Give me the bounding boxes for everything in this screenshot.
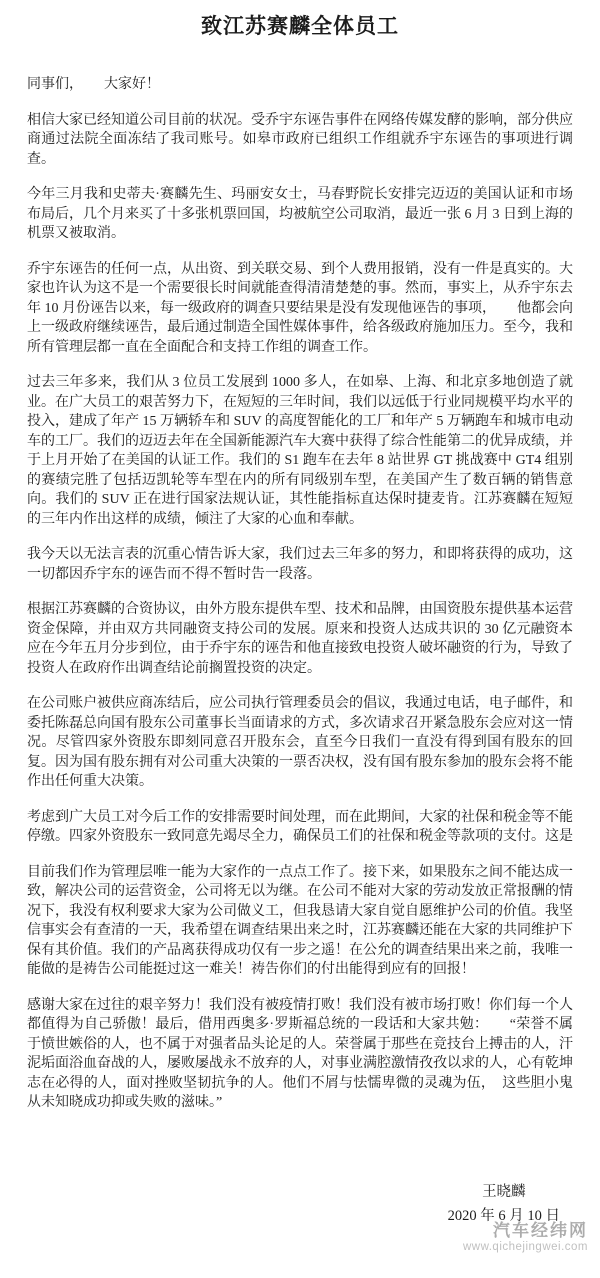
greeting-line: 同事们， 大家好！ <box>27 75 573 95</box>
page-title: 致江苏赛麟全体员工 <box>27 12 573 40</box>
paragraph-joint-venture: 根据江苏赛麟的合资协议，由外方股东提供车型、技术和品牌，由国资股东提供基本运营资… <box>27 600 573 678</box>
paragraph-achievements: 过去三年多来，我们从 3 位员工发展到 1000 多人，在如皋、上海、和北京多地… <box>27 373 573 529</box>
signature-block: 王晓麟 2020 年 6 月 10 日 <box>448 1183 560 1225</box>
watermark-logo: 汽车经纬网 <box>463 1222 588 1239</box>
paragraph-frozen-accounts: 在公司账户被供应商冻结后，应公司执行管理委员会的倡议，我通过电话，电子邮件，和委… <box>27 694 573 792</box>
paragraph-roosevelt-quote: 感谢大家在过往的艰辛努力！我们没有被疫情打败！我们没有被市场打败！你们每一个人都… <box>27 996 573 1113</box>
paragraph-social-security: 考虑到广大员工对今后工作的安排需要时间处理，而在此期间，大家的社保和税金等不能停… <box>27 808 573 847</box>
paragraph-heavy-heart: 我今天以无法言表的沉重心情告诉大家，我们过去三年多的努力，和即将获得的成功，这一… <box>27 545 573 584</box>
watermark: 汽车经纬网 www.qichejingwei.com <box>463 1222 588 1254</box>
paragraph-flights: 今年三月我和史蒂夫·赛麟先生、玛丽安女士，马春野院长安排完迈迈的美国认证和市场布… <box>27 185 573 244</box>
watermark-url: www.qichejingwei.com <box>463 1242 588 1254</box>
signature-name: 王晓麟 <box>448 1183 560 1201</box>
letter-page: 致江苏赛麟全体员工 同事们， 大家好！ 相信大家已经知道公司目前的状况。受乔宇东… <box>0 0 600 1278</box>
paragraph-status: 相信大家已经知道公司目前的状况。受乔宇东诬告事件在网络传媒发酵的影响，部分供应商… <box>27 111 573 170</box>
paragraph-accusations: 乔宇东诬告的任何一点，从出资、到关联交易、到个人费用报销，没有一件是真实的。大家… <box>27 260 573 358</box>
paragraph-appeal: 目前我们作为管理层唯一能为大家作的一点点工作了。接下来，如果股东之间不能达成一致… <box>27 863 573 980</box>
